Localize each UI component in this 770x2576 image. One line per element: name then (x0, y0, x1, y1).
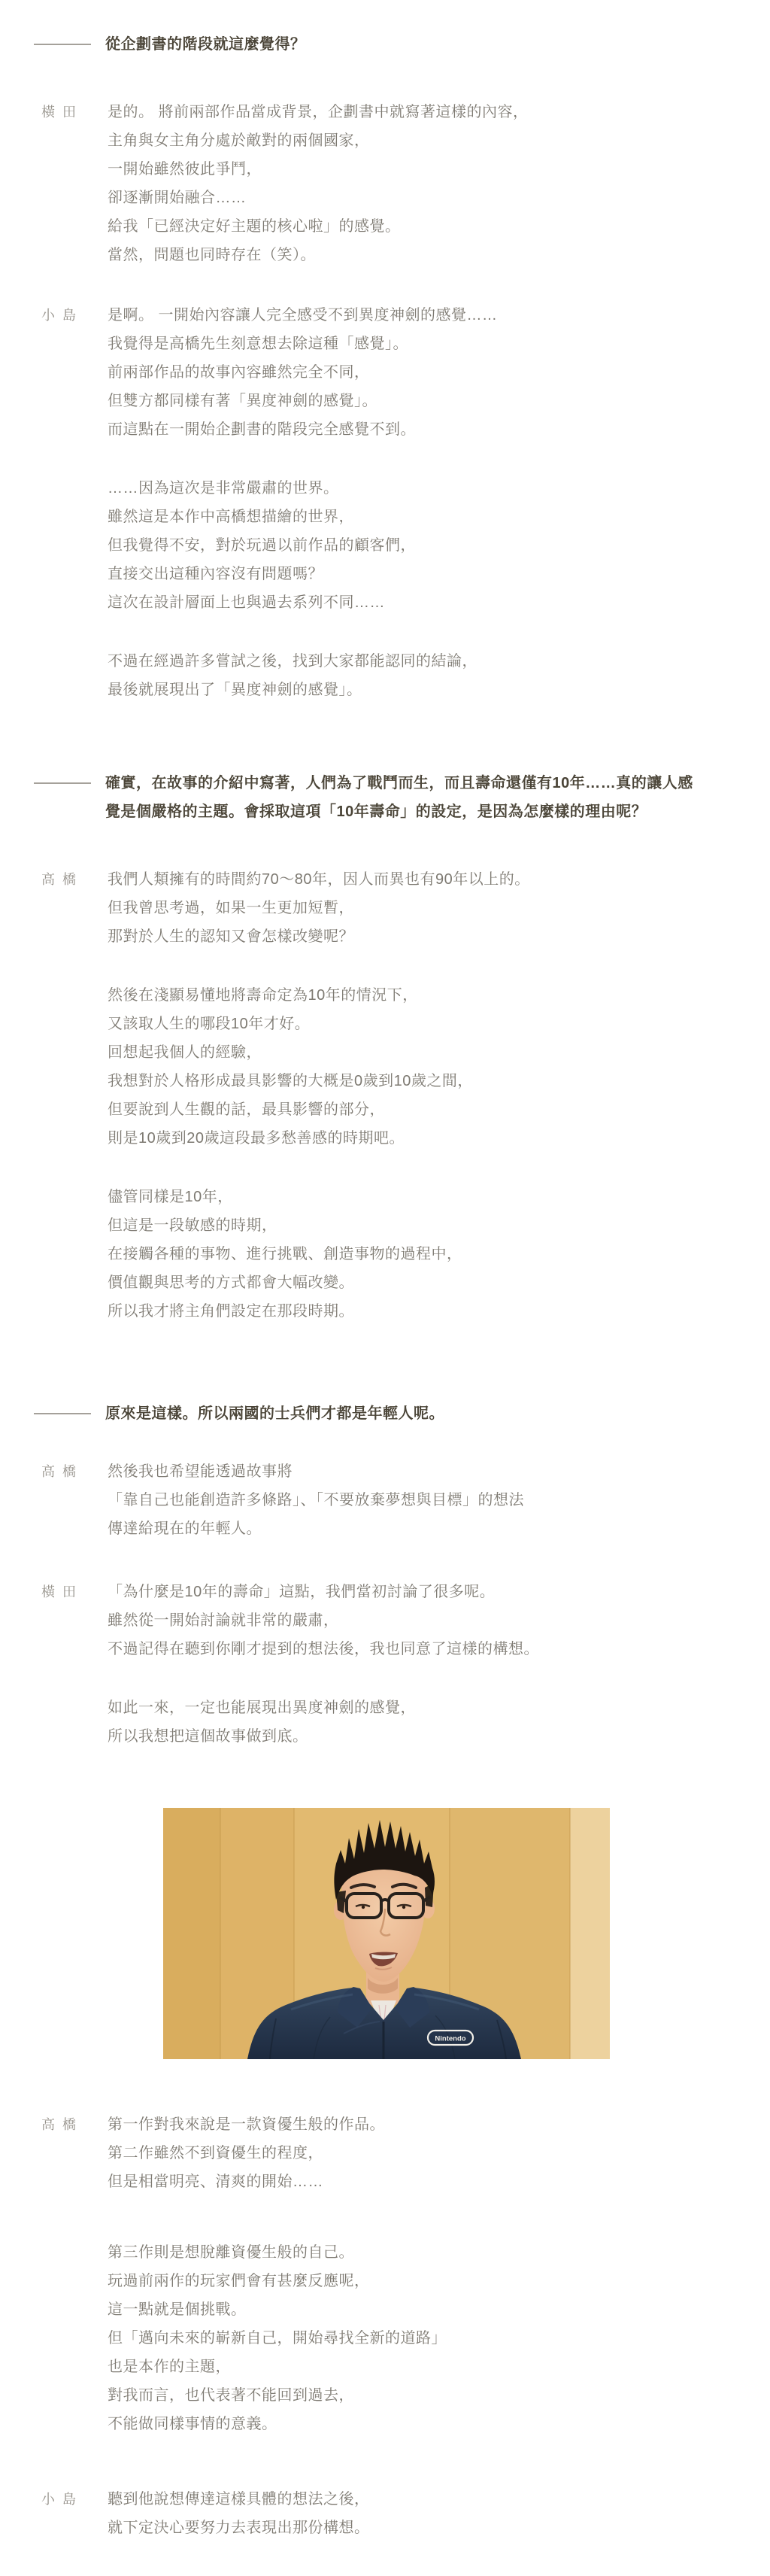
question-heading-2: 確實，在故事的介紹中寫著，人們為了戰鬥而生，而且壽命還僅有10年……真的讓人感 … (0, 769, 770, 826)
speech-line: 不過在經過許多嘗試之後，找到大家都能認同的結論， (108, 647, 498, 676)
speech-line: 最後就展現出了「異度神劍的感覺」。 (108, 676, 498, 704)
speech-block-kojima-1: 小島 是啊。 一開始內容讓人完全感受不到異度神劍的感覺……我覺得是高橋先生刻意想… (0, 301, 770, 704)
interview-photo: Nintendo (163, 1808, 610, 2059)
speech-paragraph: ……因為這次是非常嚴肅的世界。雖然這是本作中高橋想描繪的世界，但我覺得不安，對於… (108, 474, 498, 617)
question-text: 原來是這樣。所以兩國的士兵們才都是年輕人呢。 (105, 1399, 444, 1428)
speech-line: 「為什麼是10年的壽命」這點，我們當初討論了很多呢。 (108, 1578, 539, 1606)
speech-line: 我們人類擁有的時間約70～80年，因人而異也有90年以上的。 (108, 865, 530, 894)
speech-paragraph: 「為什麼是10年的壽命」這點，我們當初討論了很多呢。雖然從一開始討論就非常的嚴肅… (108, 1578, 539, 1663)
speech-line: 而這點在一開始企劃書的階段完全感覺不到。 (108, 415, 498, 444)
speech-line: 我想對於人格形成最具影響的大概是0歲到10歲之間， (108, 1067, 530, 1095)
speech-line: 回想起我個人的經驗， (108, 1038, 530, 1067)
interview-article-page: 從企劃書的階段就這麼覺得？ 橫田 是的。 將前兩部作品當成背景，企劃書中就寫著這… (0, 0, 770, 2576)
speech-paragraph: 是啊。 一開始內容讓人完全感受不到異度神劍的感覺……我覺得是高橋先生刻意想去除這… (108, 301, 498, 444)
speech-line: 雖然從一開始討論就非常的嚴肅， (108, 1606, 539, 1635)
speech-paragraph: 儘管同樣是10年，但這是一段敏感的時期，在接觸各種的事物、進行挑戰、創造事物的過… (108, 1183, 530, 1326)
question-heading-1: 從企劃書的階段就這麼覺得？ (0, 30, 770, 59)
speaker-name: 小島 (41, 2485, 108, 2542)
speech-body: 是啊。 一開始內容讓人完全感受不到異度神劍的感覺……我覺得是高橋先生刻意想去除這… (108, 301, 498, 704)
question-text-line: 覺是個嚴格的主題。會採取這項「10年壽命」的設定，是因為怎麼樣的理由呢？ (105, 797, 693, 826)
speech-line: 給我「已經決定好主題的核心啦」的感覺。 (108, 212, 529, 241)
speech-line: 儘管同樣是10年， (108, 1183, 530, 1211)
speech-line: 但我覺得不安，對於玩過以前作品的顧客們， (108, 531, 498, 560)
speech-line: 卻逐漸開始融合…… (108, 184, 529, 212)
speech-line: 則是10歲到20歲這段最多愁善感的時期吧。 (108, 1124, 530, 1153)
question-text-line: 確實，在故事的介紹中寫著，人們為了戰鬥而生，而且壽命還僅有10年……真的讓人感 (105, 769, 693, 797)
question-heading-3: 原來是這樣。所以兩國的士兵們才都是年輕人呢。 (0, 1399, 770, 1428)
speech-body: 「為什麼是10年的壽命」這點，我們當初討論了很多呢。雖然從一開始討論就非常的嚴肅… (108, 1578, 539, 1751)
speaker-name: 小島 (41, 301, 108, 704)
speech-line: 又該取人生的哪段10年才好。 (108, 1010, 530, 1038)
speech-line: 但要說到人生觀的話，最具影響的部分， (108, 1095, 530, 1124)
speech-line: 但「邁向未來的嶄新自己，開始尋找全新的道路」 (108, 2324, 447, 2353)
speaker-name: 高橋 (41, 865, 108, 1326)
speech-line: 但雙方都同樣有著「異度神劍的感覺」。 (108, 387, 498, 415)
question-dash-line (34, 44, 91, 45)
speech-line: 當然，問題也同時存在（笑）。 (108, 241, 529, 269)
speech-line: 傳達給現在的年輕人。 (108, 1514, 524, 1543)
speech-paragraph: 然後在淺顯易懂地將壽命定為10年的情況下，又該取人生的哪段10年才好。回想起我個… (108, 981, 530, 1153)
speech-body: 然後我也希望能透過故事將「靠自己也能創造許多條路」、「不要放棄夢想與目標」的想法… (108, 1457, 524, 1543)
badge-text: Nintendo (435, 2035, 465, 2043)
speech-line: 玩過前兩作的玩家們會有甚麼反應呢， (108, 2267, 447, 2295)
speech-block-takahashi-1: 高橋 我們人類擁有的時間約70～80年，因人而異也有90年以上的。但我曾思考過，… (0, 865, 770, 1326)
speech-paragraph: 是的。 將前兩部作品當成背景，企劃書中就寫著這樣的內容，主角與女主角分處於敵對的… (108, 98, 529, 269)
speech-line: 我覺得是高橋先生刻意想去除這種「感覺」。 (108, 330, 498, 358)
speech-line: 那對於人生的認知又會怎樣改變呢？ (108, 922, 530, 951)
speech-line: 價值觀與思考的方式都會大幅改變。 (108, 1268, 530, 1297)
speech-line: 但這是一段敏感的時期， (108, 1211, 530, 1240)
speech-block-yokota-1: 橫田 是的。 將前兩部作品當成背景，企劃書中就寫著這樣的內容，主角與女主角分處於… (0, 98, 770, 269)
speech-line: 不能做同樣事情的意義。 (108, 2410, 447, 2438)
speech-paragraph: 第三作則是想脫離資優生般的自己。玩過前兩作的玩家們會有甚麼反應呢，這一點就是個挑… (108, 2238, 447, 2438)
speech-line: 這一點就是個挑戰。 (108, 2295, 447, 2324)
speaker-name: 高橋 (41, 2110, 108, 2438)
speech-line: 第一作對我來說是一款資優生般的作品。 (108, 2110, 447, 2139)
speech-line: 也是本作的主題， (108, 2353, 447, 2381)
speech-block-kojima-2: 小島 聽到他說想傳達這樣具體的想法之後，就下定決心要努力去表現出那份構想。 (0, 2485, 770, 2542)
speech-line: 雖然這是本作中高橋想描繪的世界， (108, 503, 498, 531)
speech-body: 第一作對我來說是一款資優生般的作品。第二作雖然不到資優生的程度，但是相當明亮、清… (108, 2110, 447, 2438)
speech-line: 一開始雖然彼此爭鬥， (108, 155, 529, 184)
speech-line: 對我而言，也代表著不能回到過去， (108, 2381, 447, 2410)
speech-line: 第二作雖然不到資優生的程度， (108, 2139, 447, 2167)
speech-paragraph: 我們人類擁有的時間約70～80年，因人而異也有90年以上的。但我曾思考過，如果一… (108, 865, 530, 951)
speech-line: 但我曾思考過，如果一生更加短暫， (108, 894, 530, 922)
speech-line: 「靠自己也能創造許多條路」、「不要放棄夢想與目標」的想法 (108, 1486, 524, 1514)
speech-line: 是啊。 一開始內容讓人完全感受不到異度神劍的感覺…… (108, 301, 498, 330)
speech-line: 是的。 將前兩部作品當成背景，企劃書中就寫著這樣的內容， (108, 98, 529, 126)
speech-line: 就下定決心要努力去表現出那份構想。 (108, 2514, 370, 2542)
speech-paragraph: 如此一來，一定也能展現出異度神劍的感覺，所以我想把這個故事做到底。 (108, 1694, 539, 1751)
speech-line: 如此一來，一定也能展現出異度神劍的感覺， (108, 1694, 539, 1722)
speech-paragraph: 第一作對我來說是一款資優生般的作品。第二作雖然不到資優生的程度，但是相當明亮、清… (108, 2110, 447, 2196)
speech-paragraph: 不過在經過許多嘗試之後，找到大家都能認同的結論，最後就展現出了「異度神劍的感覺」… (108, 647, 498, 704)
speaker-name: 橫田 (41, 1578, 108, 1751)
question-text: 從企劃書的階段就這麼覺得？ (105, 30, 306, 59)
speaker-name: 橫田 (41, 98, 108, 269)
speech-line: 聽到他說想傳達這樣具體的想法之後， (108, 2485, 370, 2514)
speech-line: 然後我也希望能透過故事將 (108, 1457, 524, 1486)
question-dash-line (34, 782, 91, 784)
speech-block-takahashi-3: 高橋 第一作對我來說是一款資優生般的作品。第二作雖然不到資優生的程度，但是相當明… (0, 2110, 770, 2438)
speech-line: 在接觸各種的事物、進行挑戰、創造事物的過程中， (108, 1240, 530, 1268)
speech-line: 主角與女主角分處於敵對的兩個國家， (108, 126, 529, 155)
question-dash-line (34, 1413, 91, 1414)
question-text: 確實，在故事的介紹中寫著，人們為了戰鬥而生，而且壽命還僅有10年……真的讓人感 … (105, 769, 693, 826)
speech-line: 不過記得在聽到你剛才提到的想法後，我也同意了這樣的構想。 (108, 1635, 539, 1663)
speech-body: 是的。 將前兩部作品當成背景，企劃書中就寫著這樣的內容，主角與女主角分處於敵對的… (108, 98, 529, 269)
speech-line: 但是相當明亮、清爽的開始…… (108, 2167, 447, 2196)
speech-paragraph: 聽到他說想傳達這樣具體的想法之後，就下定決心要努力去表現出那份構想。 (108, 2485, 370, 2542)
speech-body: 我們人類擁有的時間約70～80年，因人而異也有90年以上的。但我曾思考過，如果一… (108, 865, 530, 1326)
speech-block-takahashi-2: 高橋 然後我也希望能透過故事將「靠自己也能創造許多條路」、「不要放棄夢想與目標」… (0, 1457, 770, 1543)
speech-line: 直接交出這種內容沒有問題嗎？ (108, 560, 498, 588)
speech-line: 第三作則是想脫離資優生般的自己。 (108, 2238, 447, 2267)
speech-line: 前兩部作品的故事內容雖然完全不同， (108, 358, 498, 387)
speech-line: 然後在淺顯易懂地將壽命定為10年的情況下， (108, 981, 530, 1010)
speech-line: 這次在設計層面上也與過去系列不同…… (108, 588, 498, 617)
speech-paragraph: 然後我也希望能透過故事將「靠自己也能創造許多條路」、「不要放棄夢想與目標」的想法… (108, 1457, 524, 1543)
speaker-name: 高橋 (41, 1457, 108, 1543)
speech-line: ……因為這次是非常嚴肅的世界。 (108, 474, 498, 503)
speech-line: 所以我才將主角們設定在那段時期。 (108, 1297, 530, 1326)
speech-body: 聽到他說想傳達這樣具體的想法之後，就下定決心要努力去表現出那份構想。 (108, 2485, 370, 2542)
speech-block-yokota-2: 橫田 「為什麼是10年的壽命」這點，我們當初討論了很多呢。雖然從一開始討論就非常… (0, 1578, 770, 1751)
speech-line: 所以我想把這個故事做到底。 (108, 1722, 539, 1751)
